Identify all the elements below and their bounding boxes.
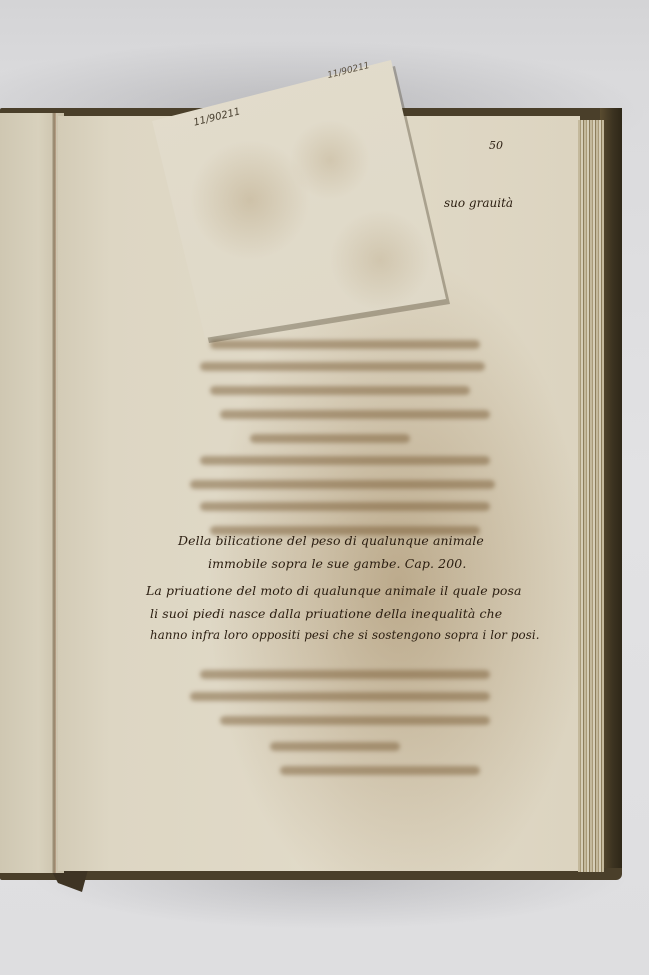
page-number: 50 bbox=[489, 139, 503, 152]
heading-line-2: immobile sopra le sue gambe. Cap. 200. bbox=[208, 556, 466, 571]
body-line-2: li suoi piedi nasce dalla priuatione del… bbox=[150, 606, 502, 621]
heading-line-1: Della bilicatione del peso di qualunque … bbox=[178, 533, 484, 548]
ink-bleed-through bbox=[190, 330, 500, 780]
page-edges-stack bbox=[578, 120, 604, 872]
partial-top-text: suo grauità bbox=[444, 196, 513, 210]
gutter-fold bbox=[52, 113, 56, 873]
body-line-1: La priuatione del moto di qualunque anim… bbox=[146, 583, 522, 598]
body-line-3: hanno infra loro oppositi pesi che si so… bbox=[150, 628, 540, 642]
